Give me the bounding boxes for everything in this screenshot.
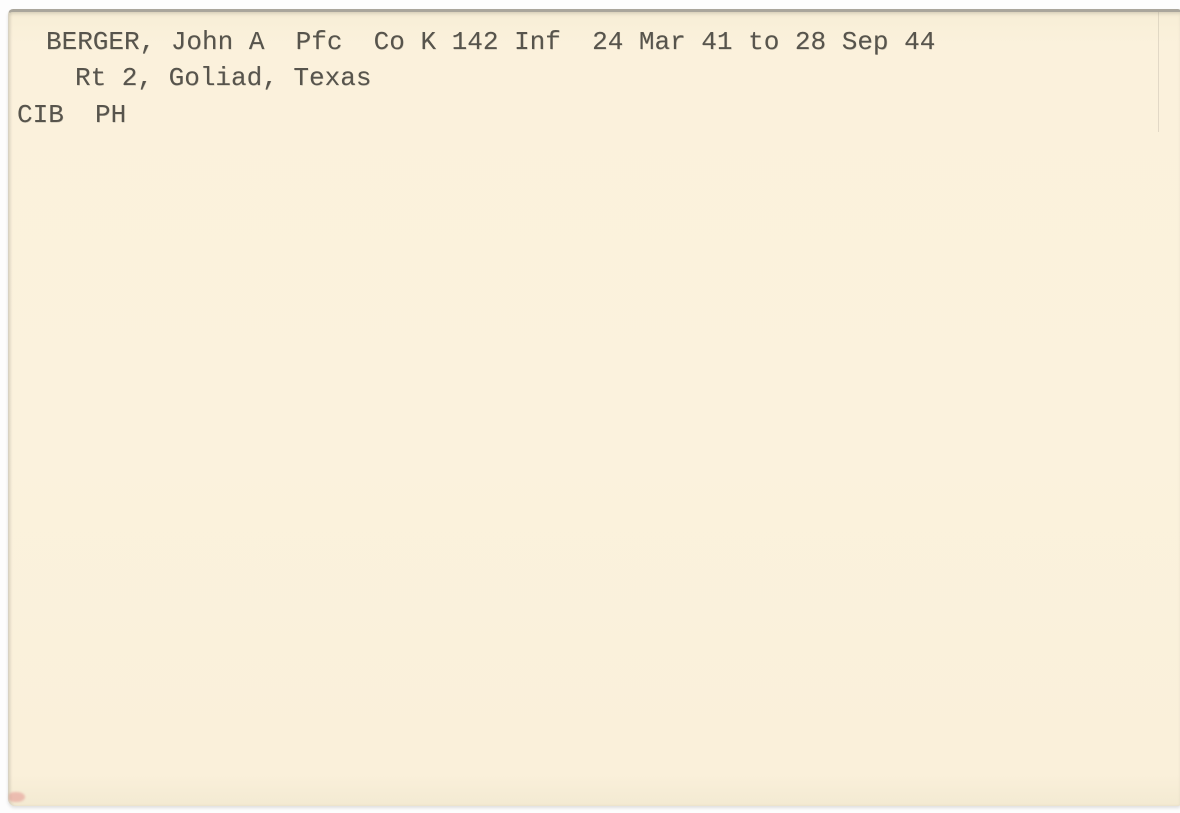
index-card: BERGER, John A Pfc Co K 142 Inf 24 Mar 4… bbox=[8, 9, 1180, 806]
scanned-page: BERGER, John A Pfc Co K 142 Inf 24 Mar 4… bbox=[0, 0, 1180, 813]
service-record-line: BERGER, John A Pfc Co K 142 Inf 24 Mar 4… bbox=[46, 29, 935, 55]
typed-text-block: BERGER, John A Pfc Co K 142 Inf 24 Mar 4… bbox=[9, 12, 1180, 142]
awards-line: CIB PH bbox=[17, 102, 126, 128]
address-line: Rt 2, Goliad, Texas bbox=[75, 65, 371, 91]
pink-edge-smudge bbox=[9, 792, 25, 802]
